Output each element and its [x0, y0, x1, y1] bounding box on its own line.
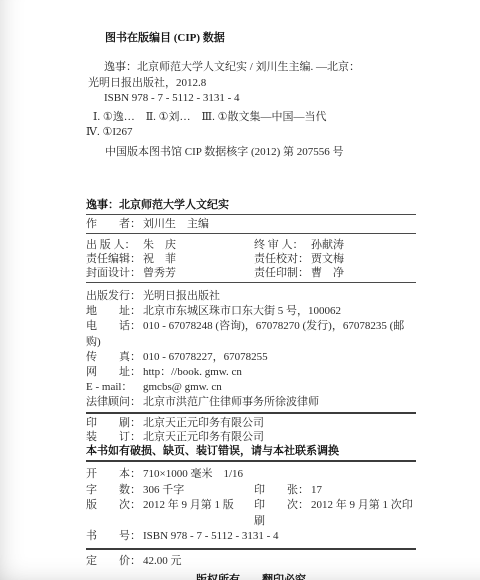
proofreader-value: 贾文梅 — [311, 253, 344, 265]
binder-row: 装 订：北京天正元印务有限公司 — [86, 430, 416, 444]
printer-row: 印 刷：北京天正元印务有限公司 — [86, 416, 416, 430]
cip-title-line: 逸事：北京师范大学人文纪实 / 刘川生主编. —北京： — [86, 59, 416, 75]
copyright-page: 图书在版编目 (CIP) 数据 逸事：北京师范大学人文纪实 / 刘川生主编. —… — [0, 0, 480, 580]
cip-publisher-line: 光明日报出版社，2012.8 — [86, 75, 416, 91]
final-reviewer-label: 终 审 人： — [254, 238, 311, 252]
cover-designer-value: 曾秀芳 — [143, 267, 176, 279]
format-value: 710×1000 毫米 1/16 — [143, 468, 243, 480]
book-number-row: 书 号：ISBN 978 - 7 - 5112 - 3131 - 4 — [86, 529, 416, 545]
cip-block: 图书在版编目 (CIP) 数据 逸事：北京师范大学人文纪实 / 刘川生主编. —… — [86, 30, 416, 160]
final-reviewer-value: 孙献涛 — [311, 239, 344, 251]
edition-impression-row: 版 次：2012 年 9 月第 1 版 印 次：2012 年 9 月第 1 次印… — [86, 498, 416, 529]
impression-label: 印 次： — [254, 498, 311, 514]
staff-row: 封面设计：曾秀芳 责任印制：曹 净 — [86, 266, 416, 280]
cip-record-number: 中国版本图书馆 CIP 数据核字 (2012) 第 207556 号 — [86, 144, 416, 160]
book-title: 逸事：北京师范大学人文纪实 — [86, 198, 416, 213]
legal-counsel-row: 法律顾问：北京市洪范广住律师事务所徐波律师 — [86, 395, 416, 410]
printer-label: 印 刷： — [86, 416, 143, 430]
publishing-block: 出版发行：光明日报出版社 地 址：北京市东城区珠市口东大街 5 号，100062… — [86, 289, 416, 411]
printed-sheets-value: 17 — [311, 484, 322, 496]
price-label: 定 价： — [86, 554, 143, 569]
legal-counsel-label: 法律顾问： — [86, 395, 143, 410]
publisher-label: 出版发行： — [86, 289, 143, 304]
divider — [86, 548, 416, 550]
publisher-person-value: 朱 庆 — [143, 239, 176, 251]
staff-row: 出 版 人：朱 庆 终 审 人：孙献涛 — [86, 238, 416, 252]
fax-label: 传 真： — [86, 350, 143, 365]
print-supervisor-label: 责任印制： — [254, 266, 311, 280]
cip-isbn-line: ISBN 978 - 7 - 5112 - 3131 - 4 — [86, 91, 416, 106]
edition-value: 2012 年 9 月第 1 版 — [143, 499, 234, 511]
divider — [86, 460, 416, 462]
email-value: gmcbs@ gmw. cn — [143, 381, 222, 393]
publisher-value: 光明日报出版社 — [143, 290, 220, 302]
spec-block: 开 本：710×1000 毫米 1/16 字 数：306 千字 印 张：17 版… — [86, 467, 416, 545]
fax-value: 010 - 67078227，67078255 — [143, 351, 268, 363]
editor-value: 祝 菲 — [143, 253, 176, 265]
phone-label: 电 话： — [86, 319, 143, 334]
address-row: 地 址：北京市东城区珠市口东大街 5 号，100062 — [86, 304, 416, 319]
cip-header: 图书在版编目 (CIP) 数据 — [86, 30, 416, 46]
price-value: 42.00 元 — [143, 555, 182, 567]
fax-row: 传 真：010 - 67078227，67078255 — [86, 350, 416, 365]
address-label: 地 址： — [86, 304, 143, 319]
editor-label: 责任编辑： — [86, 252, 143, 266]
legal-counsel-value: 北京市洪范广住律师事务所徐波律师 — [143, 396, 319, 408]
binder-label: 装 订： — [86, 430, 143, 444]
book-number-value: ISBN 978 - 7 - 5112 - 3131 - 4 — [143, 530, 279, 542]
author-row: 作 者：刘川生 主编 — [86, 215, 416, 233]
cover-designer-label: 封面设计： — [86, 266, 143, 280]
website-label: 网 址： — [86, 365, 143, 380]
website-row: 网 址：http：//book. gmw. cn — [86, 365, 416, 380]
website-value: http：//book. gmw. cn — [143, 366, 242, 378]
binder-value: 北京天正元印务有限公司 — [143, 431, 264, 443]
wordcount-sheets-row: 字 数：306 千字 印 张：17 — [86, 483, 416, 499]
print-supervisor-value: 曹 净 — [311, 267, 344, 279]
phone-row: 电 话：010 - 67078248 (咨询)，67078270 (发行)，67… — [86, 319, 416, 349]
printed-sheets-label: 印 张： — [254, 483, 311, 499]
printer-value: 北京天正元印务有限公司 — [143, 417, 264, 429]
edition-label: 版 次： — [86, 498, 143, 514]
copyright-notice: 版权所有 翻印必究 — [86, 573, 416, 580]
email-label: E - mail： — [86, 380, 143, 395]
book-number-label: 书 号： — [86, 529, 143, 545]
word-count-value: 306 千字 — [143, 484, 184, 496]
cip-classification-line1: Ⅰ. ①逸… Ⅱ. ①刘… Ⅲ. ①散文集—中国—当代 — [86, 110, 416, 125]
printing-block: 印 刷：北京天正元印务有限公司 装 订：北京天正元印务有限公司 本书如有破损、缺… — [86, 416, 416, 459]
divider — [86, 233, 416, 234]
replacement-notice: 本书如有破损、缺页、装订错误，请与本社联系调换 — [86, 444, 416, 459]
author-value: 刘川生 主编 — [143, 218, 209, 230]
format-label: 开 本： — [86, 467, 143, 483]
publisher-row: 出版发行：光明日报出版社 — [86, 289, 416, 304]
publisher-person-label: 出 版 人： — [86, 238, 143, 252]
word-count-label: 字 数： — [86, 483, 143, 499]
format-row: 开 本：710×1000 毫米 1/16 — [86, 467, 416, 483]
address-value: 北京市东城区珠市口东大街 5 号，100062 — [143, 305, 341, 317]
price-row: 定 价：42.00 元 — [86, 554, 416, 569]
cip-classification-line2: Ⅳ. ①I267 — [86, 125, 416, 140]
divider — [86, 412, 416, 414]
staff-row: 责任编辑：祝 菲 责任校对：贾文梅 — [86, 252, 416, 266]
page-content: 图书在版编目 (CIP) 数据 逸事：北京师范大学人文纪实 / 刘川生主编. —… — [86, 30, 416, 580]
divider — [86, 282, 416, 283]
staff-block: 出 版 人：朱 庆 终 审 人：孙献涛 责任编辑：祝 菲 责任校对：贾文梅 封面… — [86, 238, 416, 280]
author-label: 作 者： — [86, 215, 143, 233]
proofreader-label: 责任校对： — [254, 252, 311, 266]
email-row: E - mail：gmcbs@ gmw. cn — [86, 380, 416, 395]
